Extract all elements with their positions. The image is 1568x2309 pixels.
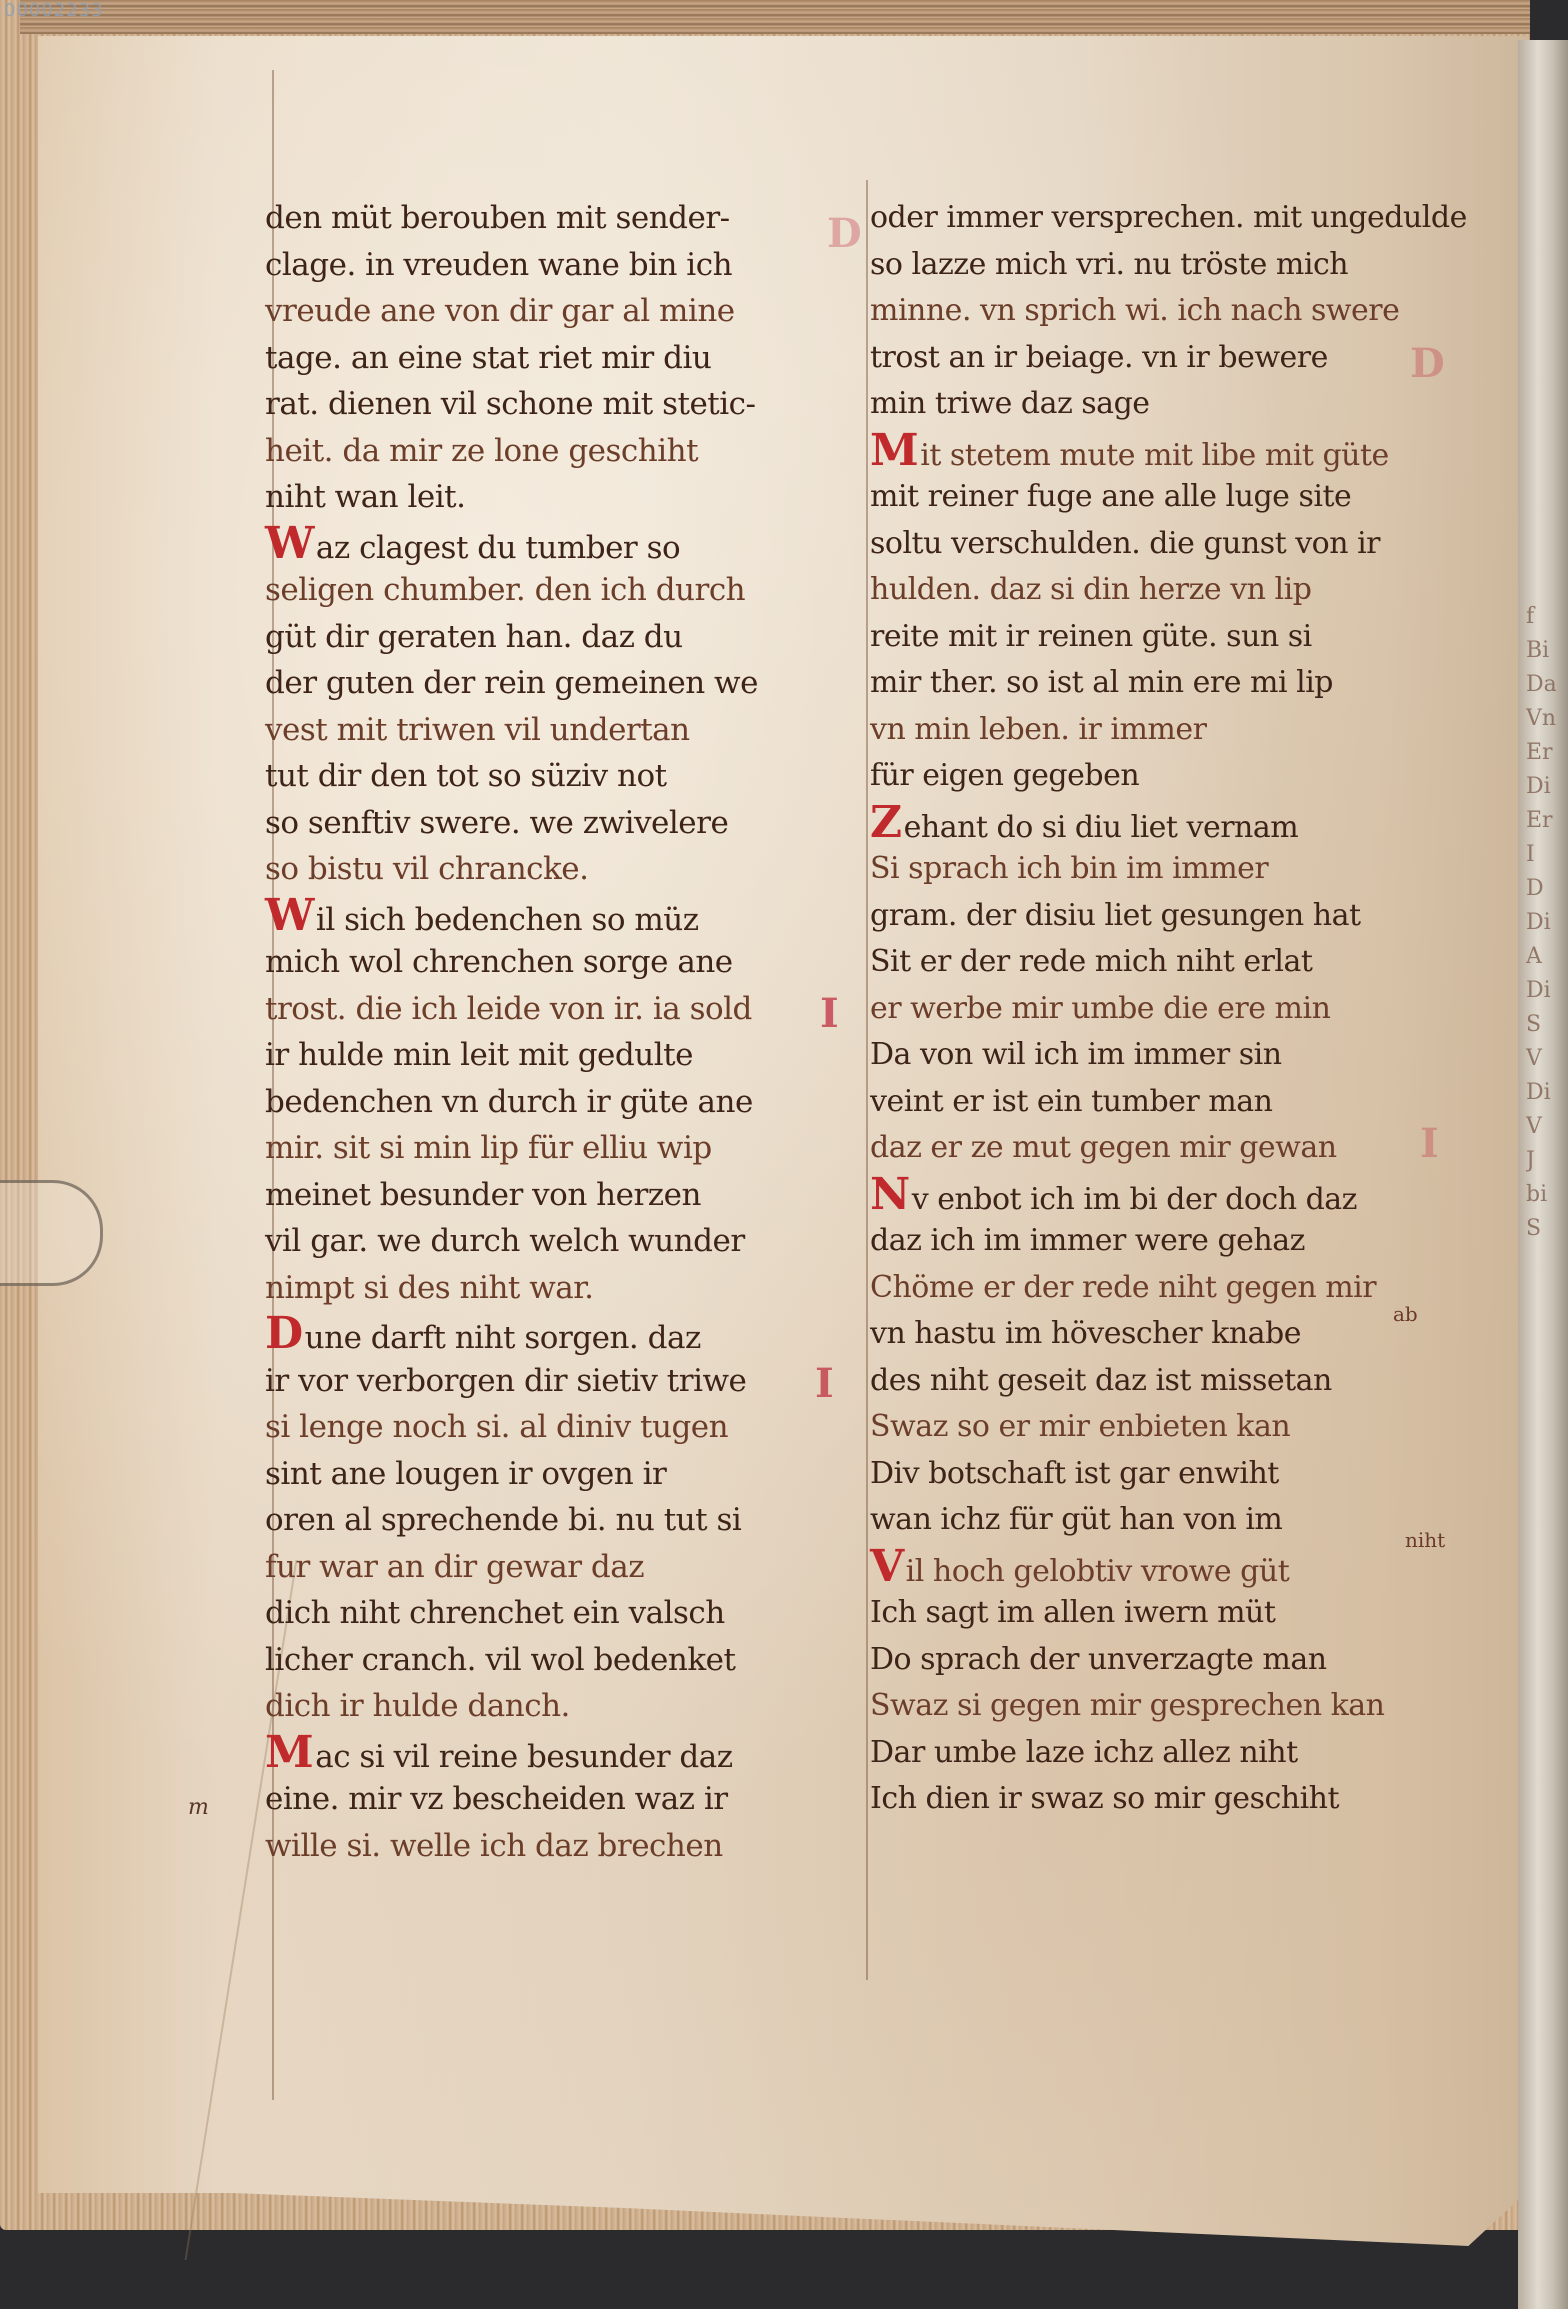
line-text: Swaz so er mir enbieten kan [870,1409,1290,1444]
line-text: mit reiner fuge ane alle luge site [870,479,1351,514]
line-text: er werbe mir umbe die ere min [870,991,1330,1026]
line-text: tage. an eine stat riet mir diu [265,340,711,376]
text-line: Ich sagt im allen iwern müt [870,1590,1490,1637]
line-text: gram. der disiu liet gesungen hat [870,898,1361,933]
left-text-column: den müt berouben mit sender-clage. in vr… [265,195,845,1869]
line-text: Chöme er der rede niht gegen mir [870,1270,1376,1305]
text-line: rat. dienen vil schone mit stetic- [265,381,845,428]
line-text: oder immer versprechen. mit ungedulde [870,200,1467,235]
text-line: des niht geseit daz ist missetan [870,1358,1490,1405]
adjacent-leaf-fragment: V [1526,1110,1562,1144]
adjacent-leaf-fragment: Bi [1526,634,1562,668]
adjacent-leaf-fragment: V [1526,1042,1562,1076]
line-text: des niht geseit daz ist missetan [870,1363,1332,1398]
text-line: Dar umbe laze ichz allez niht [870,1730,1490,1777]
line-text: ir hulde min leit mit gedulte [265,1037,693,1073]
text-line: dich ir hulde danch. [265,1683,845,1730]
text-line: vil gar. we durch welch wunder [265,1218,845,1265]
text-line: daz er ze mut gegen mir gewan [870,1125,1490,1172]
text-line: minne. vn sprich wi. ich nach swere [870,288,1490,335]
line-text: dich niht chrenchet ein valsch [265,1595,725,1631]
line-text: seligen chumber. den ich durch [265,572,745,608]
line-text: wille si. welle ich daz brechen [265,1828,723,1864]
interlinear-note: niht [1405,1528,1445,1552]
line-text: so lazze mich vri. nu tröste mich [870,247,1348,282]
line-text: hulden. daz si din herze vn lip [870,572,1311,607]
line-text: minne. vn sprich wi. ich nach swere [870,293,1399,328]
text-line: trost an ir beiage. vn ir bewere [870,335,1490,382]
text-line: ir hulde min leit mit gedulte [265,1032,845,1079]
line-text: den müt berouben mit sender- [265,200,730,236]
text-line: Nv enbot ich im bi der doch daz [870,1172,1490,1219]
text-line: tut dir den tot so süziv not [265,753,845,800]
line-text: rat. dienen vil schone mit stetic- [265,386,756,422]
text-line: Mac si vil reine besunder daz [265,1730,845,1777]
text-line: Sit er der rede mich niht erlat [870,939,1490,986]
text-line: bedenchen vn durch ir güte ane [265,1079,845,1126]
line-text: sint ane lougen ir ovgen ir [265,1456,666,1492]
line-text: clage. in vreuden wane bin ich [265,247,732,283]
text-line: mich wol chrenchen sorge ane [265,939,845,986]
adjacent-leaf-fragment: Di [1526,906,1562,940]
line-text: daz ich im immer were gehaz [870,1223,1305,1258]
adjacent-leaf-fragment: J [1526,1144,1562,1178]
text-line: heit. da mir ze lone geschiht [265,428,845,475]
adjacent-leaf-fragment: D [1526,872,1562,906]
adjacent-leaf-gutter: fBiDaVnErDiErIDDiADiSVDiVJbiS [1518,40,1568,2309]
text-line: licher cranch. vil wol bedenket [265,1637,845,1684]
text-line: ir vor verborgen dir sietiv triwe [265,1358,845,1405]
adjacent-leaf-fragment: f [1526,600,1562,634]
line-text: reite mit ir reinen güte. sun si [870,619,1312,654]
text-line: gram. der disiu liet gesungen hat [870,893,1490,940]
text-line: si lenge noch si. al diniv tugen [265,1404,845,1451]
adjacent-leaf-fragment: S [1526,1212,1562,1246]
line-text: il hoch gelobtiv vrowe güt [906,1554,1290,1589]
text-line: soltu verschulden. die gunst von ir [870,521,1490,568]
text-line: eine. mir vz bescheiden waz ir [265,1776,845,1823]
text-line: wille si. welle ich daz brechen [265,1823,845,1870]
text-line: Do sprach der unverzagte man [870,1637,1490,1684]
text-line: tage. an eine stat riet mir diu [265,335,845,382]
line-text: so bistu vil chrancke. [265,851,589,887]
line-text: ac si vil reine besunder daz [315,1739,732,1775]
line-text: so senftiv swere. we zwivelere [265,805,728,841]
text-line: seligen chumber. den ich durch [265,567,845,614]
line-text: meinet besunder von herzen [265,1177,701,1213]
text-line: der guten der rein gemeinen we [265,660,845,707]
line-text: vreude ane von dir gar al mine [265,293,735,329]
line-text: min triwe daz sage [870,386,1150,421]
text-line: Ich dien ir swaz so mir geschiht [870,1776,1490,1823]
line-text: v enbot ich im bi der doch daz [912,1182,1357,1217]
text-line: Waz clagest du tumber so [265,521,845,568]
line-text: fur war an dir gewar daz [265,1549,644,1585]
line-text: veint er ist ein tumber man [870,1084,1272,1119]
text-line: Wil sich bedenchen so müz [265,893,845,940]
rubricated-initial: V [870,1541,904,1592]
text-line: vn min leben. ir immer [870,707,1490,754]
guide-letter-mark: D [1410,340,1445,387]
text-line: sint ane lougen ir ovgen ir [265,1451,845,1498]
text-line: er werbe mir umbe die ere min [870,986,1490,1033]
line-text: il sich bedenchen so müz [316,902,699,938]
text-line: veint er ist ein tumber man [870,1079,1490,1126]
rubricated-initial: W [265,518,314,569]
text-line: meinet besunder von herzen [265,1172,845,1219]
text-line: nimpt si des niht war. [265,1265,845,1312]
text-line: Vil hoch gelobtiv vrowe güt [870,1544,1490,1591]
text-line: mit reiner fuge ane alle luge site [870,474,1490,521]
adjacent-leaf-fragment: I [1526,838,1562,872]
text-line: reite mit ir reinen güte. sun si [870,614,1490,661]
rubricated-initial: W [265,890,314,941]
line-text: dich ir hulde danch. [265,1688,570,1724]
line-text: az clagest du tumber so [316,530,680,566]
text-line: Dune darft niht sorgen. daz [265,1311,845,1358]
line-text: une darft niht sorgen. daz [305,1320,701,1356]
marginal-mark: m [188,1795,209,1820]
line-text: Do sprach der unverzagte man [870,1642,1327,1677]
line-text: trost an ir beiage. vn ir bewere [870,340,1328,375]
line-text: vn hastu im hövescher knabe [870,1316,1301,1351]
text-line: clage. in vreuden wane bin ich [265,242,845,289]
rubricated-initial: M [870,425,918,476]
line-text: bedenchen vn durch ir güte ane [265,1084,753,1120]
page-clip [0,1180,103,1286]
text-line: fur war an dir gewar daz [265,1544,845,1591]
line-text: Si sprach ich bin im immer [870,851,1268,886]
rubricated-initial: N [870,1169,910,1220]
line-text: Dar umbe laze ichz allez niht [870,1735,1298,1770]
line-text: ehant do si diu liet vernam [904,810,1299,845]
line-text: Div botschaft ist gar enwiht [870,1456,1279,1491]
rubricated-initial: Z [870,797,902,848]
text-line: daz ich im immer were gehaz [870,1218,1490,1265]
text-line: den müt berouben mit sender- [265,195,845,242]
line-text: wan ichz für güt han von im [870,1502,1282,1537]
guide-letter-mark: I [820,990,839,1037]
text-line: so senftiv swere. we zwivelere [265,800,845,847]
line-text: Ich sagt im allen iwern müt [870,1595,1275,1630]
line-text: für eigen gegeben [870,758,1139,793]
rubricated-initial: D [265,1308,303,1359]
line-text: mich wol chrenchen sorge ane [265,944,733,980]
line-text: Sit er der rede mich niht erlat [870,944,1312,979]
right-text-column: oder immer versprechen. mit ungeduldeso … [870,195,1490,1823]
adjacent-leaf-fragment: Di [1526,770,1562,804]
text-line: trost. die ich leide von ir. ia sold [265,986,845,1033]
guide-letter-mark: D [827,210,862,257]
rubricated-initial: M [265,1727,313,1778]
line-text: si lenge noch si. al diniv tugen [265,1409,728,1445]
text-line: min triwe daz sage [870,381,1490,428]
guide-letter-mark: I [815,1360,834,1407]
line-text: licher cranch. vil wol bedenket [265,1642,735,1678]
line-text: tut dir den tot so süziv not [265,758,667,794]
text-line: dich niht chrenchet ein valsch [265,1590,845,1637]
line-text: vest mit triwen vil undertan [265,712,690,748]
line-text: mir. sit si min lip für elliu wip [265,1130,712,1166]
text-line: wan ichz für güt han von im [870,1497,1490,1544]
guide-letter-mark: I [1420,1120,1439,1167]
text-line: Swaz so er mir enbieten kan [870,1404,1490,1451]
line-text: der guten der rein gemeinen we [265,665,758,701]
line-text: daz er ze mut gegen mir gewan [870,1130,1337,1165]
top-page-edges [20,0,1530,34]
text-line: Si sprach ich bin im immer [870,846,1490,893]
line-text: vn min leben. ir immer [870,712,1206,747]
line-text: trost. die ich leide von ir. ia sold [265,991,752,1027]
text-line: vreude ane von dir gar al mine [265,288,845,335]
interlinear-note: ab [1393,1302,1418,1326]
adjacent-leaf-fragment: A [1526,940,1562,974]
accession-stamp: 00002233 [4,0,104,21]
line-text: Ich dien ir swaz so mir geschiht [870,1781,1339,1816]
line-text: ir vor verborgen dir sietiv triwe [265,1363,746,1399]
adjacent-leaf-fragment: bi [1526,1178,1562,1212]
line-text: Da von wil ich im immer sin [870,1037,1282,1072]
line-text: niht wan leit. [265,479,465,515]
text-line: mir ther. so ist al min ere mi lip [870,660,1490,707]
text-line: niht wan leit. [265,474,845,521]
text-line: Div botschaft ist gar enwiht [870,1451,1490,1498]
adjacent-leaf-fragment: Da [1526,668,1562,702]
adjacent-leaf-fragment: Er [1526,804,1562,838]
text-line: Mit stetem mute mit libe mit güte [870,428,1490,475]
text-line: für eigen gegeben [870,753,1490,800]
line-text: vil gar. we durch welch wunder [265,1223,745,1259]
adjacent-leaf-text: fBiDaVnErDiErIDDiADiSVDiVJbiS [1526,600,1562,2000]
adjacent-leaf-fragment: S [1526,1008,1562,1042]
adjacent-leaf-fragment: Er [1526,736,1562,770]
text-line: hulden. daz si din herze vn lip [870,567,1490,614]
line-text: oren al sprechende bi. nu tut si [265,1502,741,1538]
text-line: Zehant do si diu liet vernam [870,800,1490,847]
adjacent-leaf-fragment: Di [1526,974,1562,1008]
adjacent-leaf-fragment: Di [1526,1076,1562,1110]
text-line: Swaz si gegen mir gesprechen kan [870,1683,1490,1730]
line-text: nimpt si des niht war. [265,1270,594,1306]
text-line: oder immer versprechen. mit ungedulde [870,195,1490,242]
line-text: Swaz si gegen mir gesprechen kan [870,1688,1384,1723]
text-line: vest mit triwen vil undertan [265,707,845,754]
line-text: heit. da mir ze lone geschiht [265,433,698,469]
text-line: güt dir geraten han. daz du [265,614,845,661]
line-text: mir ther. so ist al min ere mi lip [870,665,1333,700]
line-text: güt dir geraten han. daz du [265,619,683,655]
line-text: it stetem mute mit libe mit güte [920,438,1389,473]
text-line: oren al sprechende bi. nu tut si [265,1497,845,1544]
line-text: soltu verschulden. die gunst von ir [870,526,1380,561]
adjacent-leaf-fragment: Vn [1526,702,1562,736]
text-line: so lazze mich vri. nu tröste mich [870,242,1490,289]
line-text: eine. mir vz bescheiden waz ir [265,1781,728,1817]
text-line: so bistu vil chrancke. [265,846,845,893]
text-line: Da von wil ich im immer sin [870,1032,1490,1079]
text-line: mir. sit si min lip für elliu wip [265,1125,845,1172]
ruling-line-center [866,180,868,1980]
